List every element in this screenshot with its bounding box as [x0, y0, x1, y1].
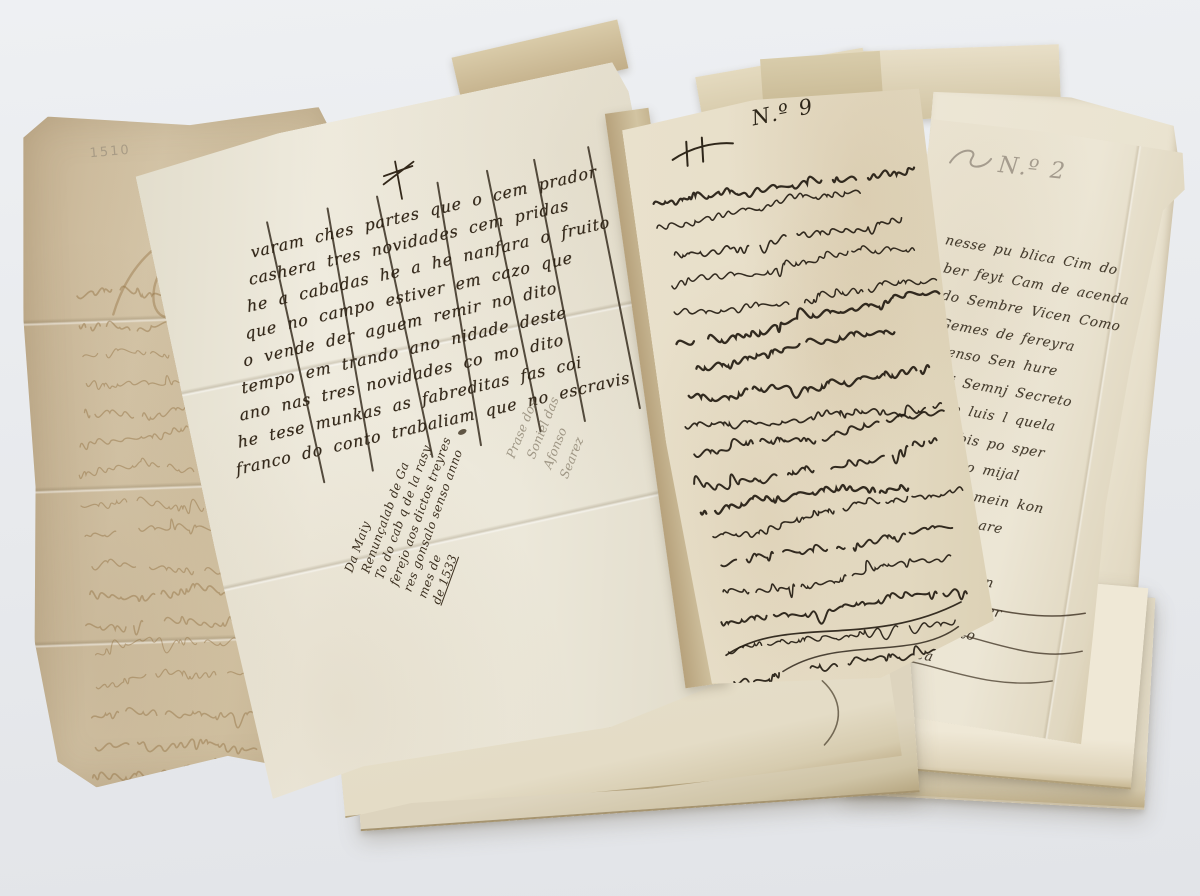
manuscripts-photo: 1510 N.º 2 nesse pu blica Cim dober feyt…: [0, 0, 1200, 896]
cross-mark: [373, 153, 426, 207]
header-squiggle: [945, 142, 997, 179]
bracket-stroke: [812, 672, 860, 765]
number-label-no2: N.º 2: [997, 152, 1068, 185]
year-label-1510: 1510: [89, 143, 131, 162]
